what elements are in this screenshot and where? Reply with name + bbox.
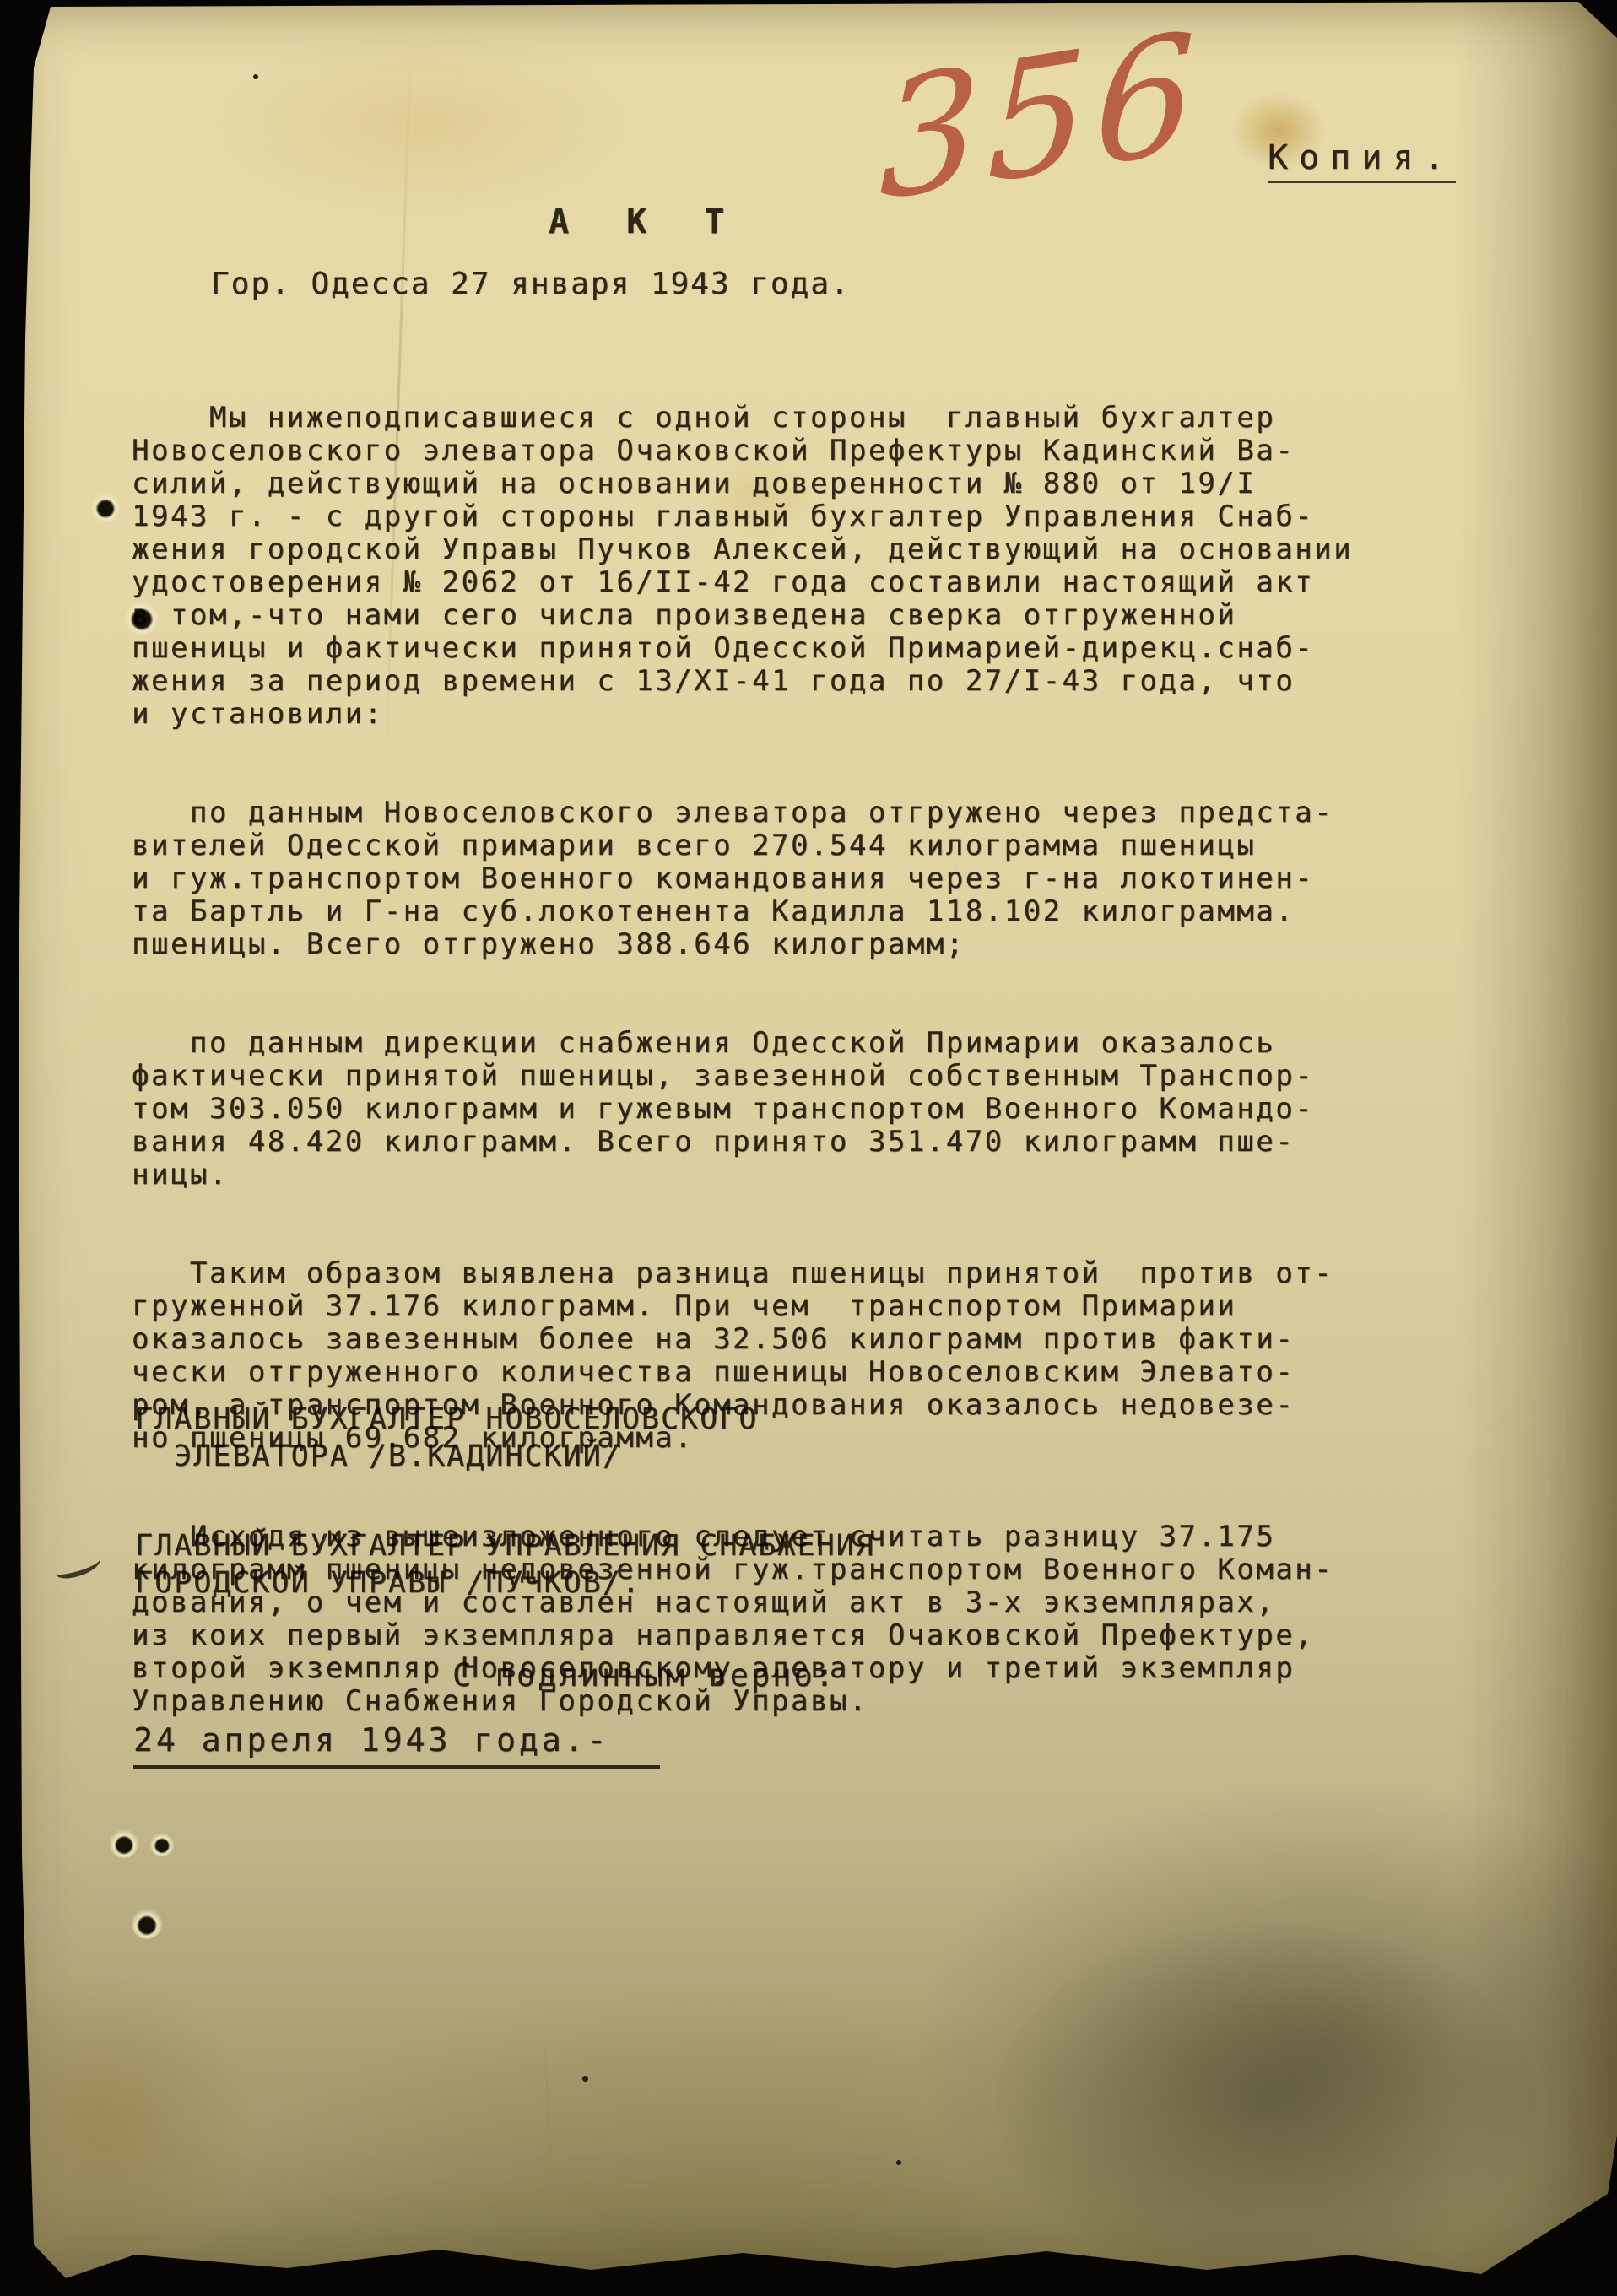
ink-speck xyxy=(582,2076,588,2082)
paper-sheet: Копия. 356 А К Т Гор. Одесса 27 января 1… xyxy=(0,0,1617,2296)
paper-stain xyxy=(0,1975,253,2278)
hole-punch xyxy=(110,1829,138,1858)
ink-speck xyxy=(896,2160,901,2165)
scanned-document: Копия. 356 А К Т Гор. Одесса 27 января 1… xyxy=(0,0,1617,2296)
hole-punch xyxy=(150,1833,174,1856)
hole-punch xyxy=(132,1909,162,1939)
signature-block-elevator-accountant: ГЛАВНЫЙ БУХГАЛТЕР НОВОСЕЛОВСКОГО ЭЛЕВАТО… xyxy=(135,1401,758,1475)
copy-label: Копия. xyxy=(1268,138,1456,183)
dateline: Гор. Одесса 27 января 1943 года. xyxy=(211,267,851,301)
ink-speck xyxy=(253,74,258,79)
body-paragraph-2: по данным Новоселовского элеватора отгру… xyxy=(132,797,1353,961)
archive-number-handwritten: 356 xyxy=(878,0,1203,237)
signature-block-supply-accountant: ГЛАВНЫЙ БУХГАЛТЕР УПРАВЛЕНИЯ СНАБЖЕНИЯ Г… xyxy=(135,1527,875,1602)
paper-crease xyxy=(542,2008,559,2278)
body-paragraph-3: по данным дирекции снабжения Одесской Пр… xyxy=(132,1027,1353,1191)
document-title: А К Т xyxy=(549,203,743,241)
certification-date: 24 апреля 1943 года.- xyxy=(133,1721,660,1769)
certification-line: С подлинным верно: xyxy=(452,1657,836,1694)
paper-stain xyxy=(203,25,641,219)
pen-mark xyxy=(52,1551,103,1582)
paper-stain xyxy=(996,1924,1536,2278)
body-paragraph-1: Мы нижеподписавшиеся с одной стороны гла… xyxy=(132,402,1353,731)
hole-punch xyxy=(91,493,120,521)
